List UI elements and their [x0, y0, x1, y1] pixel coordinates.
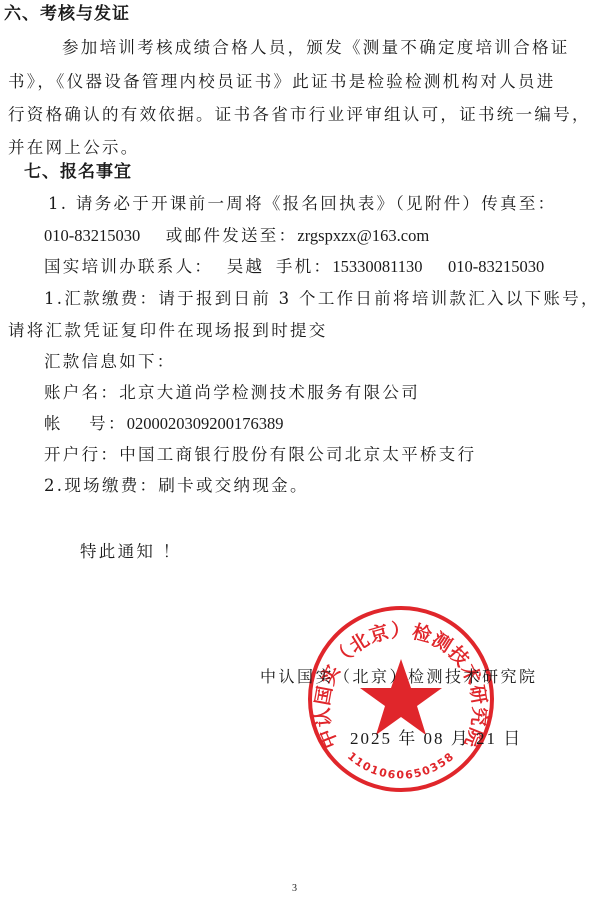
remit-instruction-line-2: 请将汇款凭证复印件在现场报到时提交: [8, 321, 328, 341]
signature-organization: 中认国实（北京）检测技术研究院: [260, 664, 538, 687]
section-6-paragraph-line-1: 参加培训考核成绩合格人员，颁发《测量不确定度培训合格证: [62, 38, 570, 58]
account-number: 0200020309200176389: [127, 414, 284, 433]
contact-label: 国实培训办联系人：: [44, 257, 213, 276]
account-name-label: 账户名：: [44, 383, 119, 402]
fax-number: 010-83215030: [44, 226, 140, 245]
official-seal-icon: 中认国实（北京）检测技术研究院 1101060650358: [306, 604, 496, 794]
mobile-number: 15330081130: [332, 257, 422, 276]
closing-text: 特此通知 ！: [80, 542, 182, 562]
contact-name: 吴越: [227, 257, 265, 276]
mobile-label: 手机：: [276, 257, 332, 276]
section-6-heading: 六、考核与发证: [4, 4, 130, 24]
fax-line: 010-83215030 或邮件发送至：zrgspxzx@163.com: [44, 226, 429, 246]
section-6-paragraph-line-2: 书》，《仪器设备管理内校员证书》此证书是检验检测机构对人员进: [8, 72, 556, 92]
section-6-paragraph-line-3: 行资格确认的有效依据。证书各省市行业评审组认可，证书统一编号，: [8, 105, 591, 125]
seal-code: 1101060650358: [345, 749, 457, 781]
signature-date: 2025 年 08 月 21 日: [350, 724, 522, 749]
account-number-line: 帐 号：0200020309200176389: [44, 414, 284, 434]
email-label: 或邮件发送至：: [166, 226, 298, 245]
remit-instruction-line-1: 1.汇款缴费：请于报到日前 3 个工作日前将培训款汇入以下账号，: [44, 289, 600, 309]
bank-label: 开户行：: [44, 445, 119, 464]
bank-name: 中国工商银行股份有限公司北京太平桥支行: [119, 445, 476, 464]
section-7-heading: 七、报名事宜: [24, 162, 132, 182]
page-number: 3: [292, 883, 297, 894]
section-6-paragraph-line-4: 并在网上公示。: [8, 138, 140, 158]
remit-info-label: 汇款信息如下：: [44, 352, 176, 372]
phone-number: 010-83215030: [448, 257, 544, 276]
account-number-label: 帐 号：: [44, 414, 127, 433]
email-address[interactable]: zrgspxzx@163.com: [297, 226, 429, 245]
account-name-line: 账户名：北京大道尚学检测技术服务有限公司: [44, 383, 420, 403]
bank-line: 开户行：中国工商银行股份有限公司北京太平桥支行: [44, 445, 476, 465]
registration-instruction: 1. 请务必于开课前一周将《报名回执表》（见附件）传真至：: [48, 194, 556, 214]
svg-text:1101060650358: 1101060650358: [345, 749, 457, 781]
account-name: 北京大道尚学检测技术服务有限公司: [119, 383, 420, 402]
contact-line: 国实培训办联系人： 吴越 手机：15330081130 010-83215030: [44, 257, 544, 277]
onsite-payment: 2.现场缴费：刷卡或交纳现金。: [44, 476, 309, 496]
